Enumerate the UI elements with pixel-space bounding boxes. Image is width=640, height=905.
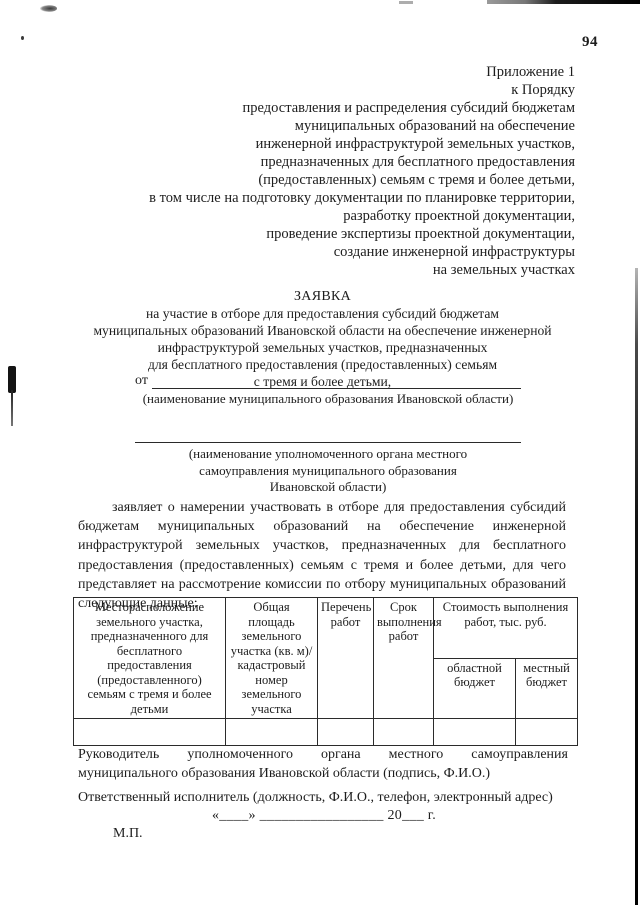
org-caption-line: самоуправления муниципального образовани… [135, 463, 521, 480]
column-header-location: Месторасположение земельного участка, пр… [74, 598, 226, 719]
org-caption-line: (наименование уполномоченного органа мес… [135, 446, 521, 463]
application-subtitle-line: инфраструктурой земельных участков, пред… [70, 339, 575, 356]
application-subtitle-line: для бесплатного предоставления (предоста… [70, 356, 575, 373]
org-captions: (наименование уполномоченного органа мес… [135, 446, 521, 496]
appendix-line: муниципальных образований на обеспечение [70, 117, 575, 135]
scan-artifact-left-line [11, 390, 13, 426]
fill-in-blank-line [152, 373, 521, 389]
appendix-line: инженерной инфраструктурой земельных уча… [70, 135, 575, 153]
column-header-term: Срок выполнения работ [374, 598, 434, 719]
land-plots-table: Месторасположение земельного участка, пр… [73, 597, 578, 746]
table-cell-cost-regional [434, 719, 516, 746]
org-block: (наименование уполномоченного органа мес… [135, 428, 521, 496]
column-header-cost-local: местный бюджет [516, 658, 578, 719]
application-subtitle-line: на участие в отборе для предоставления с… [70, 305, 575, 322]
date-fill-line: «____» _________________ 20___ г. [212, 808, 436, 824]
scan-artifact-left-blob [8, 366, 16, 393]
table-header-row: Месторасположение земельного участка, пр… [74, 598, 578, 659]
declaration-paragraph: заявляет о намерении участвовать в отбор… [78, 498, 566, 613]
page-number: 94 [582, 34, 598, 51]
appendix-line: проведение экспертизы проектной документ… [70, 225, 575, 243]
signature-executor-line: Ответственный исполнитель (должность, Ф.… [78, 790, 578, 806]
from-block: от (наименование муниципального образова… [135, 373, 521, 407]
fill-in-blank-line [135, 428, 521, 443]
seal-mark: М.П. [113, 826, 143, 842]
appendix-line: предоставления и распределения субсидий … [70, 99, 575, 117]
appendix-heading: Приложение 1 к Порядку предоставления и … [70, 63, 575, 279]
from-line: от [135, 373, 521, 389]
appendix-line: Приложение 1 [70, 63, 575, 81]
from-label: от [135, 373, 148, 389]
signature-head-line: Руководитель уполномоченного органа мест… [78, 745, 568, 783]
table-cell-term [374, 719, 434, 746]
scan-artifact-right-edge-line [635, 268, 638, 905]
scan-artifact-top-bar [487, 0, 640, 4]
table-cell-works [318, 719, 374, 746]
table-cell-cost-local [516, 719, 578, 746]
scanned-document-page: 94 Приложение 1 к Порядку предоставления… [0, 0, 640, 905]
appendix-line: на земельных участках [70, 261, 575, 279]
scan-artifact-top-dash [399, 1, 413, 4]
appendix-line: создание инженерной инфраструктуры [70, 243, 575, 261]
column-header-cost-regional: областной бюджет [434, 658, 516, 719]
table-row [74, 719, 578, 746]
appendix-line: в том числе на подготовку документации п… [70, 189, 575, 207]
appendix-line: разработку проектной документации, [70, 207, 575, 225]
column-header-area: Общая площадь земельного участка (кв. м)… [226, 598, 318, 719]
table-cell-area [226, 719, 318, 746]
application-title: ЗАЯВКА [70, 288, 575, 305]
from-caption: (наименование муниципального образования… [135, 391, 521, 407]
column-header-cost: Стоимость выполнения работ, тыс. руб. [434, 598, 578, 659]
scan-artifact-dot [21, 36, 24, 40]
scan-artifact-smudge [40, 5, 57, 12]
org-caption-line: Ивановской области) [135, 479, 521, 496]
appendix-line: предназначенных для бесплатного предоста… [70, 153, 575, 171]
application-subtitle-line: муниципальных образований Ивановской обл… [70, 322, 575, 339]
appendix-line: к Порядку [70, 81, 575, 99]
table-cell-location [74, 719, 226, 746]
appendix-line: (предоставленных) семьям с тремя и более… [70, 171, 575, 189]
column-header-works: Перечень работ [318, 598, 374, 719]
